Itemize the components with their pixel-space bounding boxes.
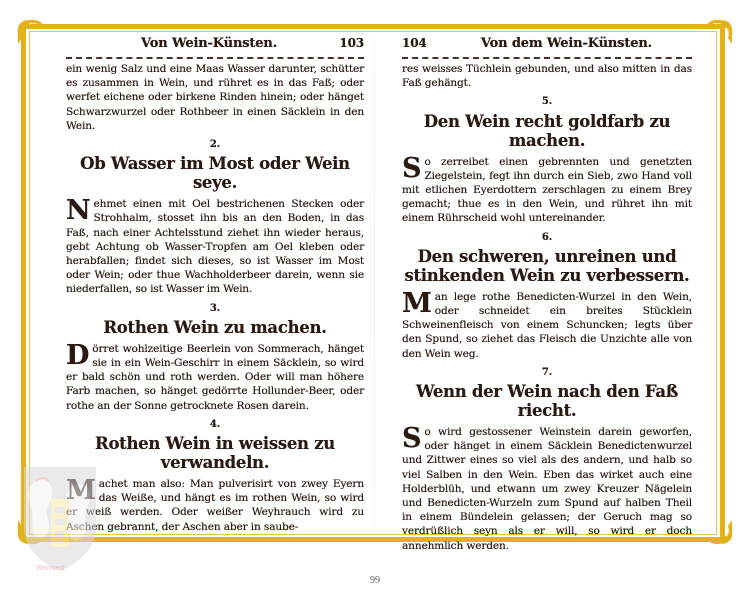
corner-ornament-icon [12, 14, 42, 44]
section-title: Den schweren, unreinen und stinkenden We… [402, 247, 692, 285]
section-body: Man lege rothe Benedicten-Wurzel in den … [402, 290, 692, 361]
section-body: Nehmet einen mit Oel bestrichenen Stecke… [66, 197, 364, 296]
section-body: So zerreibet einen gebrennten und genetz… [402, 155, 692, 226]
section-number: 4. [66, 418, 364, 432]
coat-of-arms-watermark-icon [22, 465, 98, 573]
page-number: 104 [402, 36, 427, 50]
section-body: Machet man also: Man pulverisirt von zwe… [66, 477, 364, 534]
running-title: Von Wein-Künsten. [141, 37, 277, 51]
section-body: Dörret wohlzeitige Beerlein von Sommerac… [66, 342, 364, 413]
section-title: Ob Wasser im Most oder Wein seye. [66, 154, 364, 192]
continuation-text: ein wenig Salz und eine Maas Wasser daru… [66, 62, 364, 133]
running-head: Von Wein-Künsten. 103 [66, 36, 364, 59]
left-page: Von Wein-Künsten. 103 ein wenig Salz und… [66, 36, 364, 526]
section-number: 2. [66, 138, 364, 152]
page-number: 103 [339, 36, 364, 50]
section-title: Den Wein recht goldfarb zu machen. [402, 112, 692, 150]
section-number: 7. [402, 366, 692, 380]
corner-ornament-icon [708, 14, 738, 44]
continuation-text: res weisses Tüchlein gebunden, und also … [402, 62, 692, 90]
page-gutter [374, 36, 375, 526]
right-page: 104 Von dem Wein-Künsten. res weisses Tü… [402, 36, 692, 526]
folio-number: 99 [0, 575, 750, 586]
section-body: So wird gestossener Weinstein darein gew… [402, 425, 692, 553]
section-number: 3. [66, 302, 364, 316]
running-head: 104 Von dem Wein-Künsten. [402, 36, 692, 59]
watermark-caption: Wonsiedl [36, 565, 65, 572]
running-title: Von dem Wein-Künsten. [481, 37, 652, 51]
section-number: 6. [402, 231, 692, 245]
section-title: Rothen Wein zu machen. [66, 318, 364, 337]
section-number: 5. [402, 95, 692, 109]
section-title: Rothen Wein in weissen zu verwandeln. [66, 434, 364, 472]
corner-ornament-icon [708, 520, 738, 550]
section-title: Wenn der Wein nach den Faß riecht. [402, 382, 692, 420]
